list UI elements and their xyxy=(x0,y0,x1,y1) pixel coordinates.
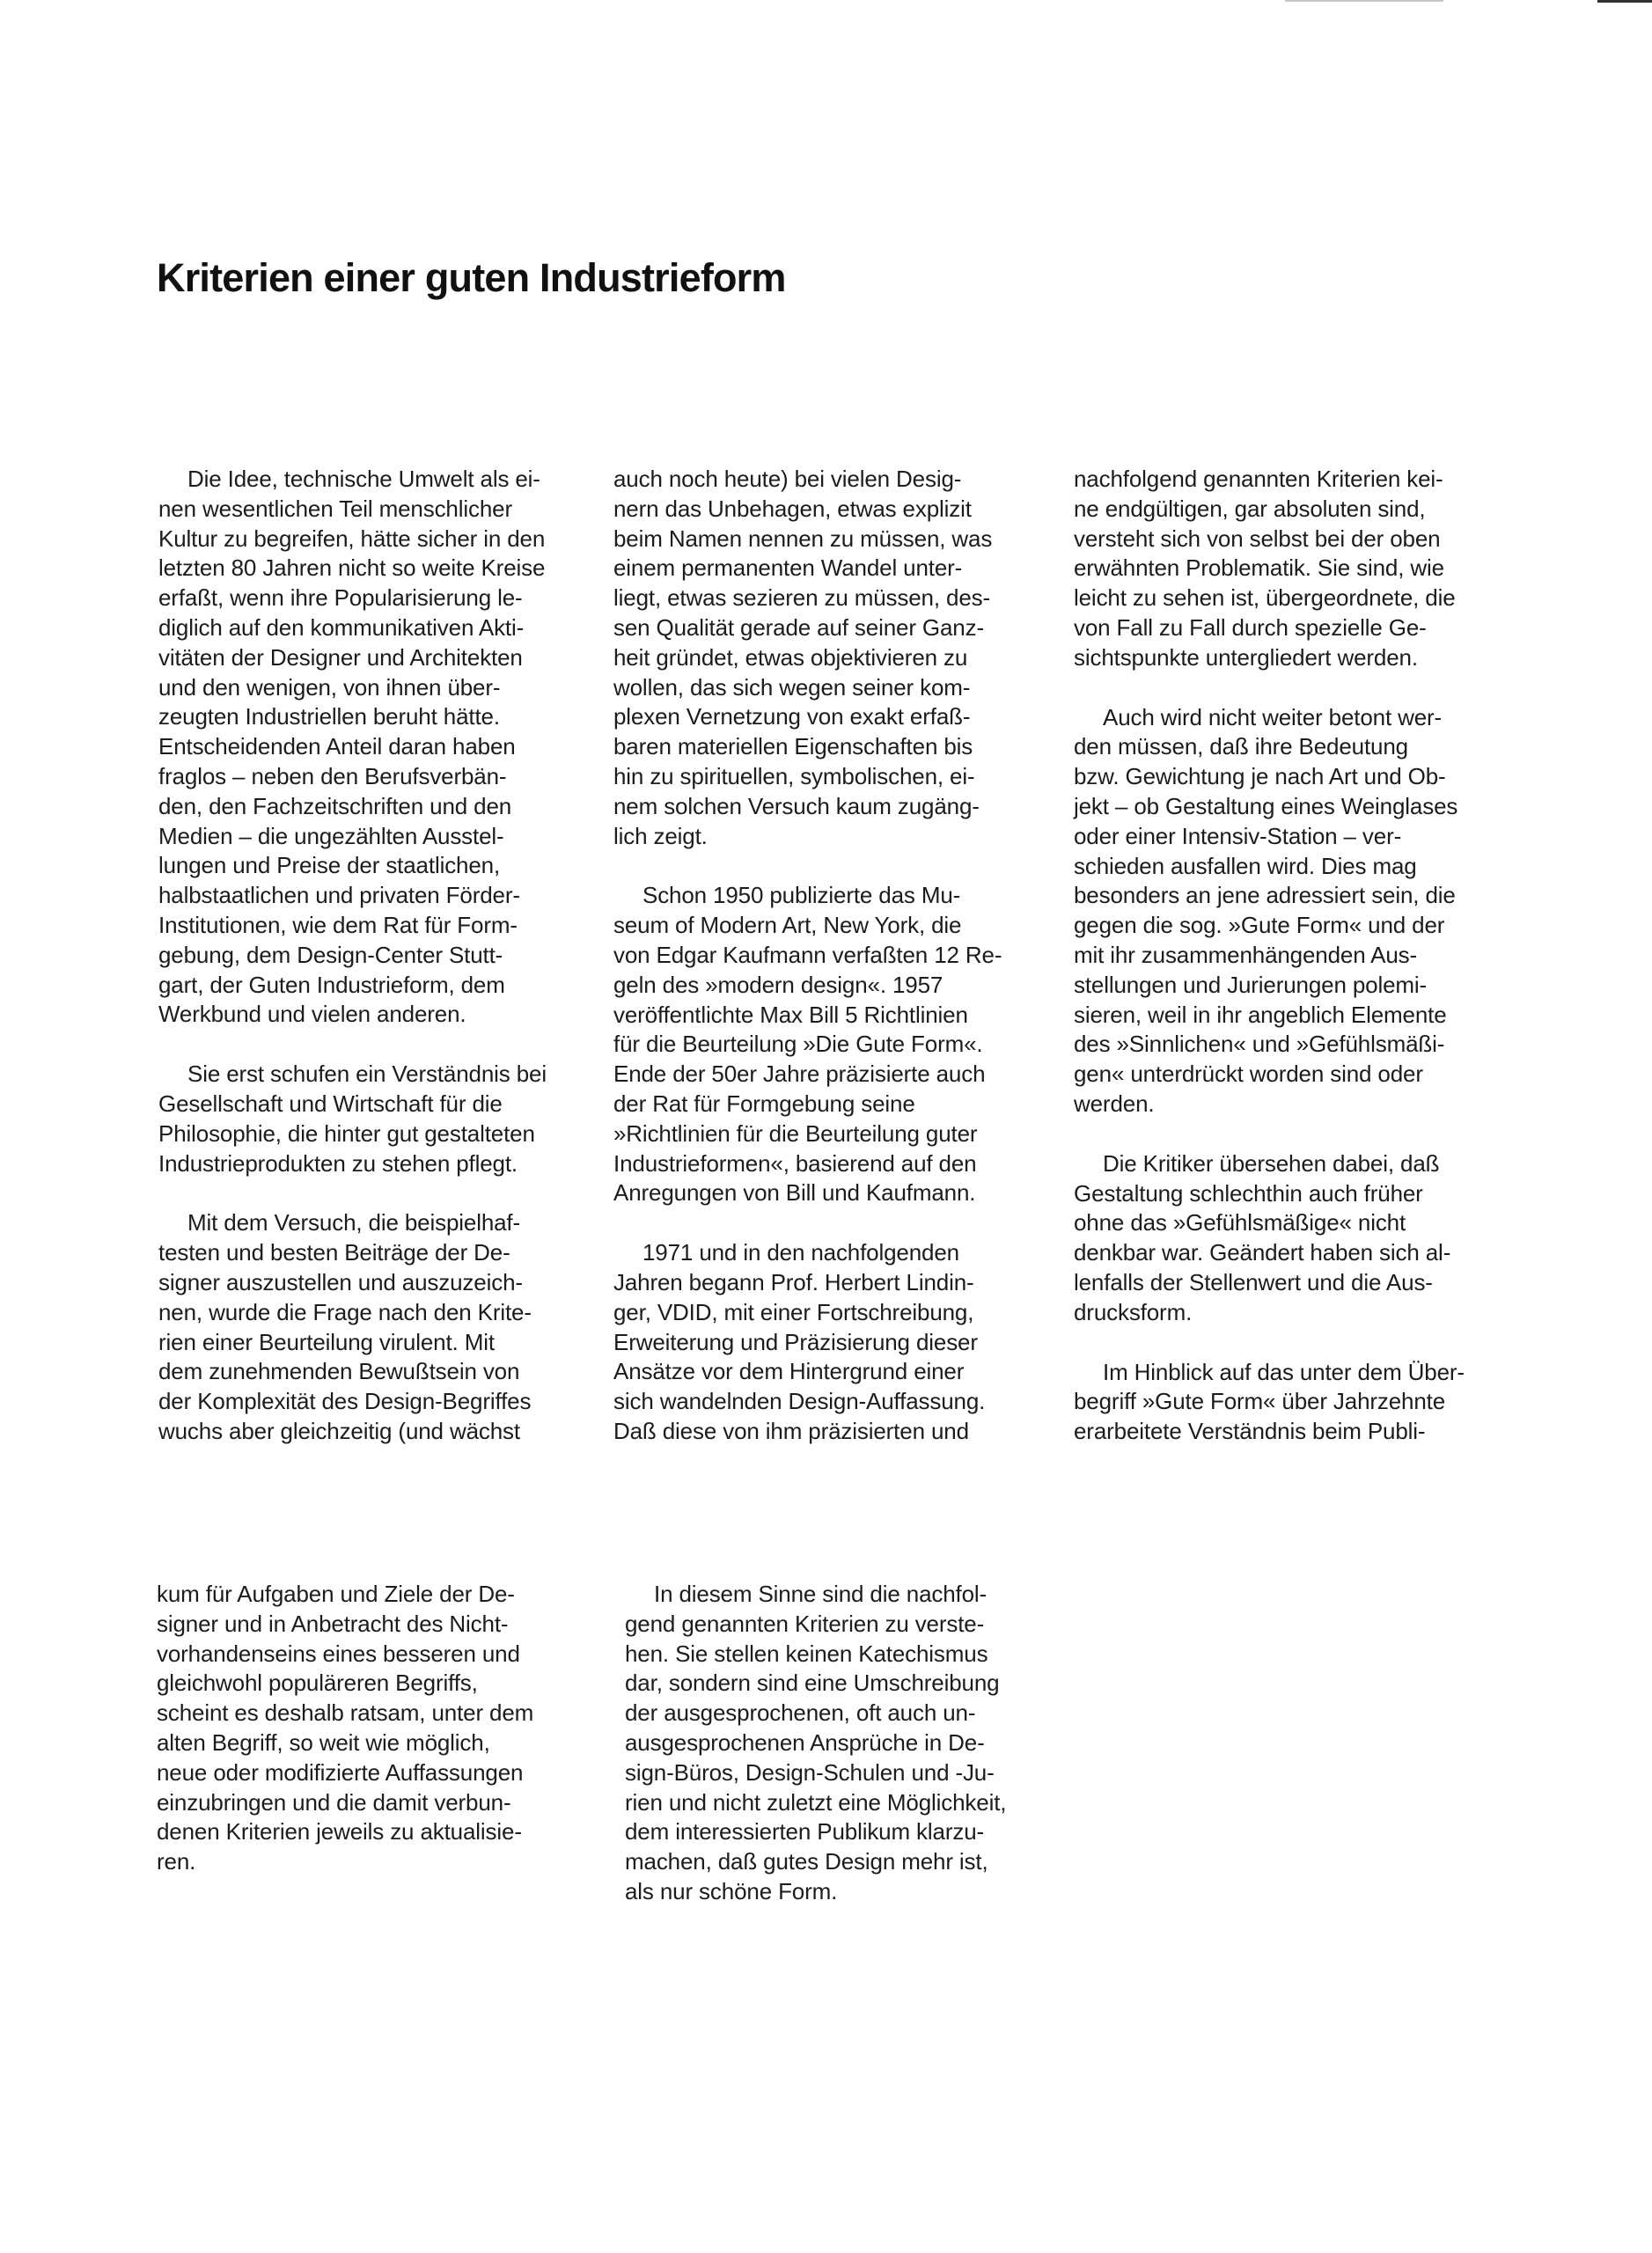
text-line: wollen, das sich wegen seiner kom- xyxy=(613,673,1027,703)
text-line: halbstaatlichen und privaten Förder- xyxy=(158,881,572,911)
text-line: den müssen, daß ihre Bedeutung xyxy=(1074,732,1487,762)
text-line: wuchs aber gleichzeitig (und wächst xyxy=(158,1417,572,1447)
text-line: heit gründet, etwas objektivieren zu xyxy=(613,643,1027,673)
text-line: letzten 80 Jahren nicht so weite Kreise xyxy=(158,554,572,583)
text-line: plexen Vernetzung von exakt erfaß- xyxy=(613,702,1027,732)
text-line: Ansätze vor dem Hintergrund einer xyxy=(613,1357,1027,1387)
text-line: Erweiterung und Präzisierung dieser xyxy=(613,1328,1027,1358)
text-line: denen Kriterien jeweils zu aktualisie- xyxy=(157,1817,570,1847)
text-line: dar, sondern sind eine Umschreibung xyxy=(625,1669,1039,1699)
text-line: ohne das »Gefühlsmäßige« nicht xyxy=(1074,1208,1487,1238)
text-line: werden. xyxy=(1074,1090,1487,1119)
text-line: lungen und Preise der staatlichen, xyxy=(158,851,572,881)
text-line: oder einer Intensiv-Station – ver- xyxy=(1074,822,1487,852)
text-line: gen« unterdrückt worden sind oder xyxy=(1074,1060,1487,1090)
text-line: kum für Aufgaben und Ziele der De- xyxy=(157,1580,570,1610)
text-line: baren materiellen Eigenschaften bis xyxy=(613,732,1027,762)
text-line: Schon 1950 publizierte das Mu- xyxy=(613,881,1027,911)
text-line: gart, der Guten Industrieform, dem xyxy=(158,971,572,1001)
text-line: denkbar war. Geändert haben sich al- xyxy=(1074,1238,1487,1268)
text-line: drucksform. xyxy=(1074,1298,1487,1328)
text-line: Ende der 50er Jahre präzisierte auch xyxy=(613,1060,1027,1090)
text-line: Jahren begann Prof. Herbert Lindin- xyxy=(613,1268,1027,1298)
text-line: sich wandelnden Design-Auffassung. xyxy=(613,1387,1027,1417)
text-line: jekt – ob Gestaltung eines Weinglases xyxy=(1074,792,1487,822)
text-line: beim Namen nennen zu müssen, was xyxy=(613,525,1027,554)
paragraph: 1971 und in den nachfolgendenJahren bega… xyxy=(613,1238,1027,1447)
text-line: 1971 und in den nachfolgenden xyxy=(613,1238,1027,1268)
text-line: Gestaltung schlechthin auch früher xyxy=(1074,1179,1487,1209)
text-line: als nur schöne Form. xyxy=(625,1877,1039,1907)
text-line: den, den Fachzeitschriften und den xyxy=(158,792,572,822)
text-line: erwähnten Problematik. Sie sind, wie xyxy=(1074,554,1487,583)
text-column-1: Die Idee, technische Umwelt als ei-nen w… xyxy=(158,465,572,1447)
text-line: testen und besten Beiträge der De- xyxy=(158,1238,572,1268)
text-line: von Edgar Kaufmann verfaßten 12 Re- xyxy=(613,941,1027,971)
text-line: neue oder modifizierte Auffassungen xyxy=(157,1758,570,1788)
paragraph: auch noch heute) bei vielen Desig-nern d… xyxy=(613,465,1027,851)
paragraph: Auch wird nicht weiter betont wer-den mü… xyxy=(1074,703,1487,1119)
text-line: für die Beurteilung »Die Gute Form«. xyxy=(613,1030,1027,1060)
text-line: gleichwohl populäreren Begriffs, xyxy=(157,1669,570,1699)
text-line: hen. Sie stellen keinen Katechismus xyxy=(625,1640,1039,1670)
text-line: einzubringen und die damit verbun- xyxy=(157,1788,570,1818)
text-line: gegen die sog. »Gute Form« und der xyxy=(1074,911,1487,941)
text-line: signer und in Anbetracht des Nicht- xyxy=(157,1610,570,1640)
text-line: alten Begriff, so weit wie möglich, xyxy=(157,1728,570,1758)
text-line: hin zu spirituellen, symbolischen, ei- xyxy=(613,762,1027,792)
text-line: des »Sinnlichen« und »Gefühlsmäßi- xyxy=(1074,1030,1487,1060)
text-line: auch noch heute) bei vielen Desig- xyxy=(613,465,1027,495)
text-line: der ausgesprochenen, oft auch un- xyxy=(625,1699,1039,1728)
text-line: diglich auf den kommunikativen Akti- xyxy=(158,613,572,643)
text-column-2: auch noch heute) bei vielen Desig-nern d… xyxy=(613,465,1027,1447)
paragraph: nachfolgend genannten Kriterien kei-ne e… xyxy=(1074,465,1487,673)
paragraph: Schon 1950 publizierte das Mu-seum of Mo… xyxy=(613,881,1027,1208)
text-line: Industrieformen«, basierend auf den xyxy=(613,1149,1027,1179)
text-line: scheint es deshalb ratsam, unter dem xyxy=(157,1699,570,1728)
text-line: zeugten Industriellen beruht hätte. xyxy=(158,702,572,732)
text-line: erfaßt, wenn ihre Popularisierung le- xyxy=(158,583,572,613)
text-line: Institutionen, wie dem Rat für Form- xyxy=(158,911,572,941)
text-line: leicht zu sehen ist, übergeordnete, die xyxy=(1074,583,1487,613)
text-line: ger, VDID, mit einer Fortschreibung, xyxy=(613,1298,1027,1328)
text-line: rien einer Beurteilung virulent. Mit xyxy=(158,1328,572,1358)
text-line: seum of Modern Art, New York, die xyxy=(613,911,1027,941)
text-line: erarbeitete Verständnis beim Publi- xyxy=(1074,1417,1487,1447)
text-line: ausgesprochenen Ansprüche in De- xyxy=(625,1728,1039,1758)
text-line: Die Kritiker übersehen dabei, daß xyxy=(1074,1149,1487,1179)
text-column-5: In diesem Sinne sind die nachfol-gend ge… xyxy=(625,1580,1039,1907)
text-line: versteht sich von selbst bei der oben xyxy=(1074,525,1487,554)
paragraph: Im Hinblick auf das unter dem Über-begri… xyxy=(1074,1358,1487,1447)
text-line: Philosophie, die hinter gut gestalteten xyxy=(158,1119,572,1149)
text-line: begriff »Gute Form« über Jahrzehnte xyxy=(1074,1387,1487,1417)
paragraph: Mit dem Versuch, die beispielhaf-testen … xyxy=(158,1208,572,1446)
text-line: lich zeigt. xyxy=(613,822,1027,852)
text-line: Sie erst schufen ein Verständnis bei xyxy=(158,1060,572,1090)
text-line: geln des »modern design«. 1957 xyxy=(613,971,1027,1001)
text-line: einem permanenten Wandel unter- xyxy=(613,554,1027,583)
text-line: Industrieprodukten zu stehen pflegt. xyxy=(158,1149,572,1179)
text-line: nern das Unbehagen, etwas explizit xyxy=(613,495,1027,525)
text-line: besonders an jene adressiert sein, die xyxy=(1074,881,1487,911)
text-line: Entscheidenden Anteil daran haben xyxy=(158,732,572,762)
text-line: Werkbund und vielen anderen. xyxy=(158,1000,572,1030)
text-line: der Rat für Formgebung seine xyxy=(613,1090,1027,1119)
text-line: schieden ausfallen wird. Dies mag xyxy=(1074,852,1487,882)
scan-artifact-corner xyxy=(1597,0,1652,3)
text-line: sichtspunkte untergliedert werden. xyxy=(1074,643,1487,673)
text-line: nen, wurde die Frage nach den Krite- xyxy=(158,1298,572,1328)
text-line: Medien – die ungezählten Ausstel- xyxy=(158,822,572,852)
text-line: und den wenigen, von ihnen über- xyxy=(158,673,572,703)
text-line: In diesem Sinne sind die nachfol- xyxy=(625,1580,1039,1610)
text-line: gebung, dem Design-Center Stutt- xyxy=(158,941,572,971)
page-title: Kriterien einer guten Industrieform xyxy=(157,255,786,301)
scan-artifact-top xyxy=(1285,0,1443,2)
text-line: veröffentlichte Max Bill 5 Richtlinien xyxy=(613,1001,1027,1031)
text-column-4: kum für Aufgaben und Ziele der De-signer… xyxy=(157,1580,570,1877)
text-line: Die Idee, technische Umwelt als ei- xyxy=(158,465,572,495)
text-line: ne endgültigen, gar absoluten sind, xyxy=(1074,495,1487,525)
text-column-3: nachfolgend genannten Kriterien kei-ne e… xyxy=(1074,465,1487,1447)
text-line: Mit dem Versuch, die beispielhaf- xyxy=(158,1208,572,1238)
text-line: liegt, etwas sezieren zu müssen, des- xyxy=(613,583,1027,613)
text-line: bzw. Gewichtung je nach Art und Ob- xyxy=(1074,762,1487,792)
text-line: der Komplexität des Design-Begriffes xyxy=(158,1387,572,1417)
paragraph: Die Idee, technische Umwelt als ei-nen w… xyxy=(158,465,572,1030)
text-line: Im Hinblick auf das unter dem Über- xyxy=(1074,1358,1487,1388)
text-line: vorhandenseins eines besseren und xyxy=(157,1640,570,1670)
text-line: gend genannten Kriterien zu verste- xyxy=(625,1610,1039,1640)
text-line: Anregungen von Bill und Kaufmann. xyxy=(613,1178,1027,1208)
text-line: »Richtlinien für die Beurteilung guter xyxy=(613,1119,1027,1149)
text-line: machen, daß gutes Design mehr ist, xyxy=(625,1847,1039,1877)
text-line: sieren, weil in ihr angeblich Elemente xyxy=(1074,1001,1487,1031)
text-line: vitäten der Designer und Architekten xyxy=(158,643,572,673)
text-line: rien und nicht zuletzt eine Möglichkeit, xyxy=(625,1788,1039,1818)
text-line: Kultur zu begreifen, hätte sicher in den xyxy=(158,525,572,554)
text-line: dem zunehmenden Bewußtsein von xyxy=(158,1357,572,1387)
text-line: mit ihr zusammenhängenden Aus- xyxy=(1074,941,1487,971)
text-line: Daß diese von ihm präzisierten und xyxy=(613,1417,1027,1447)
paragraph: Sie erst schufen ein Verständnis beiGese… xyxy=(158,1060,572,1178)
text-line: von Fall zu Fall durch spezielle Ge- xyxy=(1074,613,1487,643)
text-line: dem interessierten Publikum klarzu- xyxy=(625,1817,1039,1847)
text-line: stellungen und Jurierungen polemi- xyxy=(1074,971,1487,1001)
text-line: signer auszustellen und auszuzeich- xyxy=(158,1268,572,1298)
paragraph: kum für Aufgaben und Ziele der De-signer… xyxy=(157,1580,570,1877)
paragraph: In diesem Sinne sind die nachfol-gend ge… xyxy=(625,1580,1039,1907)
text-line: fraglos – neben den Berufsverbän- xyxy=(158,762,572,792)
text-line: sign-Büros, Design-Schulen und -Ju- xyxy=(625,1758,1039,1788)
text-line: Gesellschaft und Wirtschaft für die xyxy=(158,1090,572,1119)
text-line: ren. xyxy=(157,1847,570,1877)
text-line: lenfalls der Stellenwert und die Aus- xyxy=(1074,1268,1487,1298)
text-line: nem solchen Versuch kaum zugäng- xyxy=(613,792,1027,822)
text-line: nachfolgend genannten Kriterien kei- xyxy=(1074,465,1487,495)
paragraph: Die Kritiker übersehen dabei, daßGestalt… xyxy=(1074,1149,1487,1328)
text-line: Auch wird nicht weiter betont wer- xyxy=(1074,703,1487,733)
text-line: sen Qualität gerade auf seiner Ganz- xyxy=(613,613,1027,643)
text-line: nen wesentlichen Teil menschlicher xyxy=(158,495,572,525)
